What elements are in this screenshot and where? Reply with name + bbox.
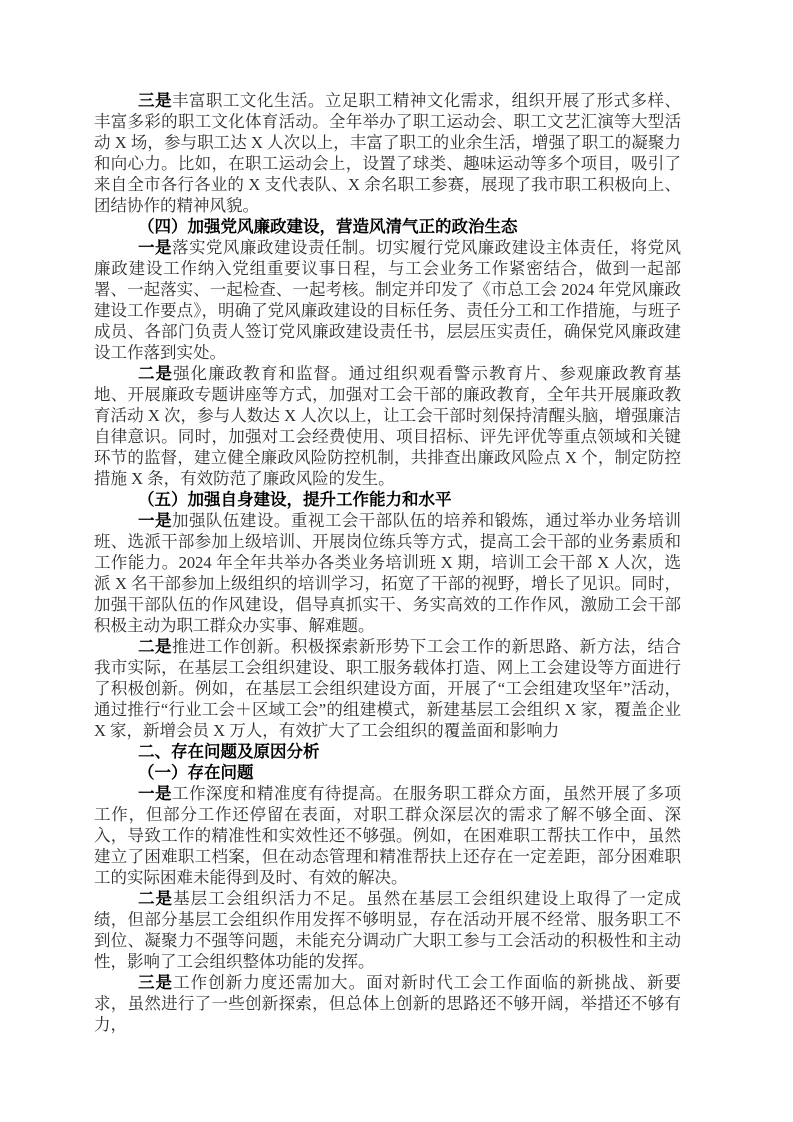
- paragraph-text: 推进工作创新。积极探索新形势下工会工作的新思路、新方法，结合我市实际，在基层工会…: [94, 637, 681, 740]
- body-paragraph: 一是工作深度和精准度有待提高。在服务职工群众方面，虽然开展了多项工作，但部分工作…: [94, 783, 681, 888]
- document-content: 三是丰富职工文化生活。立足职工精神文化需求，组织开展了形式多样、丰富多彩的职工文…: [94, 90, 681, 1035]
- body-paragraph: 三是工作创新力度还需加大。面对新时代工会工作面临的新挑战、新要求，虽然进行了一些…: [94, 972, 681, 1035]
- heading-text: （四）加强党风廉政建设，营造风清气正的政治生态: [138, 217, 518, 236]
- body-paragraph: 一是加强队伍建设。重视工会干部队伍的培养和锻炼，通过举办业务培训班、选派干部参加…: [94, 510, 681, 636]
- body-paragraph: 二是强化廉政教育和监督。通过组织观看警示教育片、参观廉政教育基地、开展廉政专题讲…: [94, 363, 681, 489]
- body-paragraph: 二是推进工作创新。积极探索新形势下工会工作的新思路、新方法，结合我市实际，在基层…: [94, 636, 681, 741]
- section-heading: （四）加强党风廉政建设，营造风清气正的政治生态: [94, 216, 681, 237]
- paragraph-lead: 三是: [138, 91, 172, 110]
- paragraph-text: 落实党风廉政建设责任制。切实履行党风廉政建设主体责任，将党风廉政建设工作纳入党组…: [94, 238, 681, 362]
- heading-text: （一）存在问题: [138, 763, 254, 782]
- paragraph-lead: 三是: [138, 973, 173, 992]
- paragraph-lead: 二是: [138, 364, 173, 383]
- paragraph-lead: 一是: [138, 238, 172, 257]
- section-heading: 二、存在问题及原因分析: [94, 741, 681, 762]
- paragraph-lead: 二是: [138, 889, 173, 908]
- heading-text: 二、存在问题及原因分析: [138, 742, 320, 761]
- paragraph-text: 工作创新力度还需加大。面对新时代工会工作面临的新挑战、新要求，虽然进行了一些创新…: [94, 973, 681, 1034]
- paragraph-lead: 一是: [138, 784, 172, 803]
- paragraph-text: 基层工会组织活力不足。虽然在基层工会组织建设上取得了一定成绩，但部分基层工会组织…: [94, 889, 681, 971]
- body-paragraph: 三是丰富职工文化生活。立足职工精神文化需求，组织开展了形式多样、丰富多彩的职工文…: [94, 90, 681, 216]
- section-heading: （五）加强自身建设，提升工作能力和水平: [94, 489, 681, 510]
- paragraph-text: 丰富职工文化生活。立足职工精神文化需求，组织开展了形式多样、丰富多彩的职工文化体…: [94, 91, 681, 215]
- heading-text: （五）加强自身建设，提升工作能力和水平: [138, 490, 452, 509]
- paragraph-text: 加强队伍建设。重视工会干部队伍的培养和锻炼，通过举办业务培训班、选派干部参加上级…: [94, 511, 681, 635]
- paragraph-text: 工作深度和精准度有待提高。在服务职工群众方面，虽然开展了多项工作，但部分工作还停…: [94, 784, 681, 887]
- body-paragraph: 二是基层工会组织活力不足。虽然在基层工会组织建设上取得了一定成绩，但部分基层工会…: [94, 888, 681, 972]
- paragraph-lead: 一是: [138, 511, 172, 530]
- body-paragraph: 一是落实党风廉政建设责任制。切实履行党风廉政建设主体责任，将党风廉政建设工作纳入…: [94, 237, 681, 363]
- paragraph-lead: 二是: [138, 637, 172, 656]
- section-heading: （一）存在问题: [94, 762, 681, 783]
- document-page: 三是丰富职工文化生活。立足职工精神文化需求，组织开展了形式多样、丰富多彩的职工文…: [0, 0, 793, 1122]
- paragraph-text: 强化廉政教育和监督。通过组织观看警示教育片、参观廉政教育基地、开展廉政专题讲座等…: [94, 364, 681, 488]
